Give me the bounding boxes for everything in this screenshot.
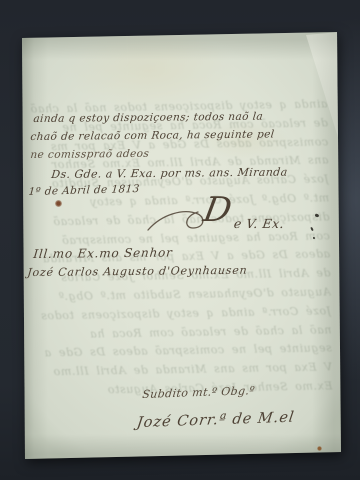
paper-shadow: ainda q estoy dispoziçoens todos naõ la … <box>0 0 360 480</box>
ink-speck <box>313 237 315 239</box>
valediction-initial: D <box>200 190 234 230</box>
body-line-3: ne comisspraõ adeos <box>30 148 150 161</box>
body-line-4: Ds. Gde. a V. Exa. por ms. ans. Miranda <box>51 166 289 181</box>
address-line-1: Ill.mo Ex.mo Senhor <box>33 246 174 261</box>
body-line-2: chaõ de relacaõ com Roca, ha seguinte pe… <box>30 128 275 143</box>
paper-stain <box>317 446 322 451</box>
body-line-1: ainda q estoy dispoziçoens; todos naõ la <box>33 111 264 125</box>
photo-background: ainda q estoy dispoziçoens todos naõ la … <box>0 0 360 480</box>
flourish-swash <box>146 206 210 236</box>
address-line-2: Jozé Carlos Augusto d'Oeynhausen <box>27 264 248 279</box>
letter-page: ainda q estoy dispoziçoens todos naõ la … <box>0 0 360 480</box>
valediction: D e V. Ex. <box>146 194 286 244</box>
signature: Jozé Corr.ª de M.el <box>136 409 296 431</box>
valediction-text: e V. Ex. <box>233 216 285 231</box>
